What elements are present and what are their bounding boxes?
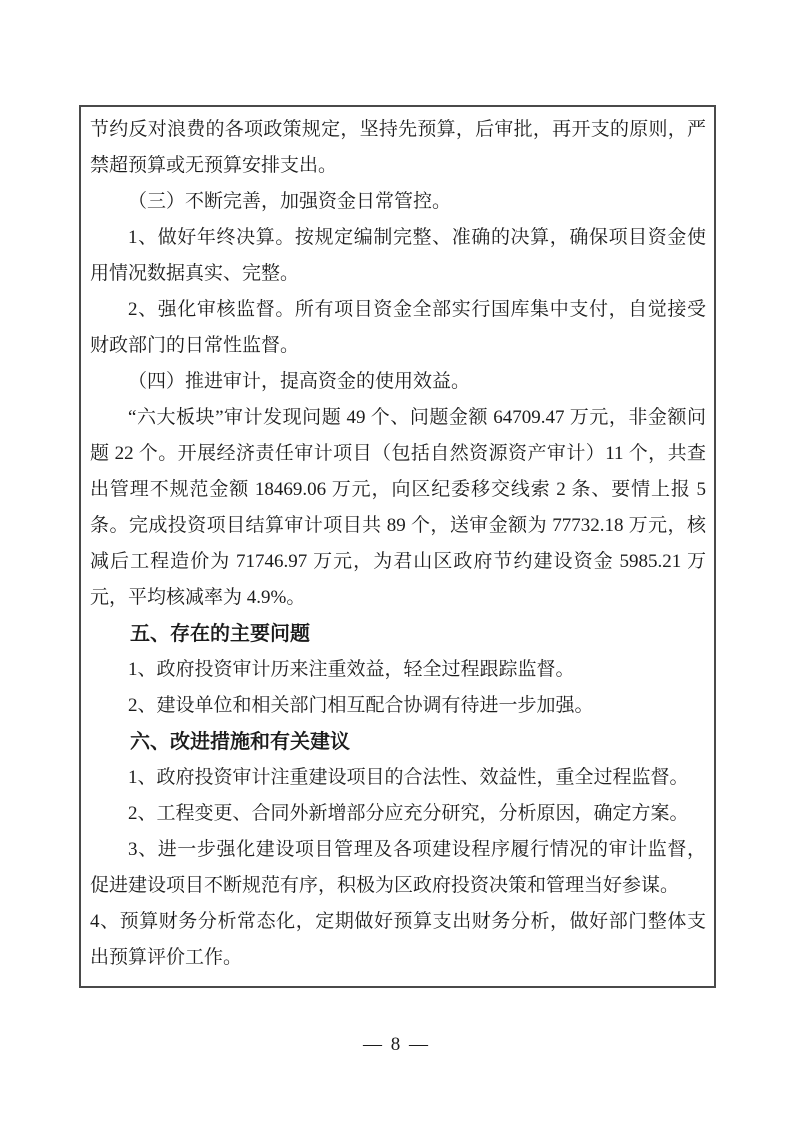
- section-heading: 五、存在的主要问题: [90, 616, 706, 652]
- paragraph: 节约反对浪费的各项政策规定，坚持先预算，后审批，再开支的原则，严禁超预算或无预算…: [90, 112, 706, 184]
- report-body: 节约反对浪费的各项政策规定，坚持先预算，后审批，再开支的原则，严禁超预算或无预算…: [90, 112, 706, 976]
- report-table-cell: 节约反对浪费的各项政策规定，坚持先预算，后审批，再开支的原则，严禁超预算或无预算…: [79, 105, 716, 988]
- paragraph: “六大板块”审计发现问题 49 个、问题金额 64709.47 万元，非金额问题…: [90, 400, 706, 616]
- paragraph: 3、进一步强化建设项目管理及各项建设程序履行情况的审计监督，促进建设项目不断规范…: [90, 832, 706, 904]
- section-heading: 六、改进措施和有关建议: [90, 724, 706, 760]
- page-number: — 8 —: [0, 1032, 793, 1058]
- paragraph: （四）推进审计，提高资金的使用效益。: [90, 364, 706, 400]
- paragraph: 2、建设单位和相关部门相互配合协调有待进一步加强。: [90, 688, 706, 724]
- paragraph: 1、政府投资审计注重建设项目的合法性、效益性，重全过程监督。: [90, 760, 706, 796]
- paragraph: 4、预算财务分析常态化，定期做好预算支出财务分析，做好部门整体支出预算评价工作。: [90, 904, 706, 976]
- document-page: 节约反对浪费的各项政策规定，坚持先预算，后审批，再开支的原则，严禁超预算或无预算…: [0, 0, 793, 1122]
- paragraph: 2、强化审核监督。所有项目资金全部实行国库集中支付，自觉接受财政部门的日常性监督…: [90, 292, 706, 364]
- paragraph: 1、政府投资审计历来注重效益，轻全过程跟踪监督。: [90, 652, 706, 688]
- paragraph: 1、做好年终决算。按规定编制完整、准确的决算，确保项目资金使用情况数据真实、完整…: [90, 220, 706, 292]
- paragraph: 2、工程变更、合同外新增部分应充分研究，分析原因，确定方案。: [90, 796, 706, 832]
- paragraph: （三）不断完善，加强资金日常管控。: [90, 184, 706, 220]
